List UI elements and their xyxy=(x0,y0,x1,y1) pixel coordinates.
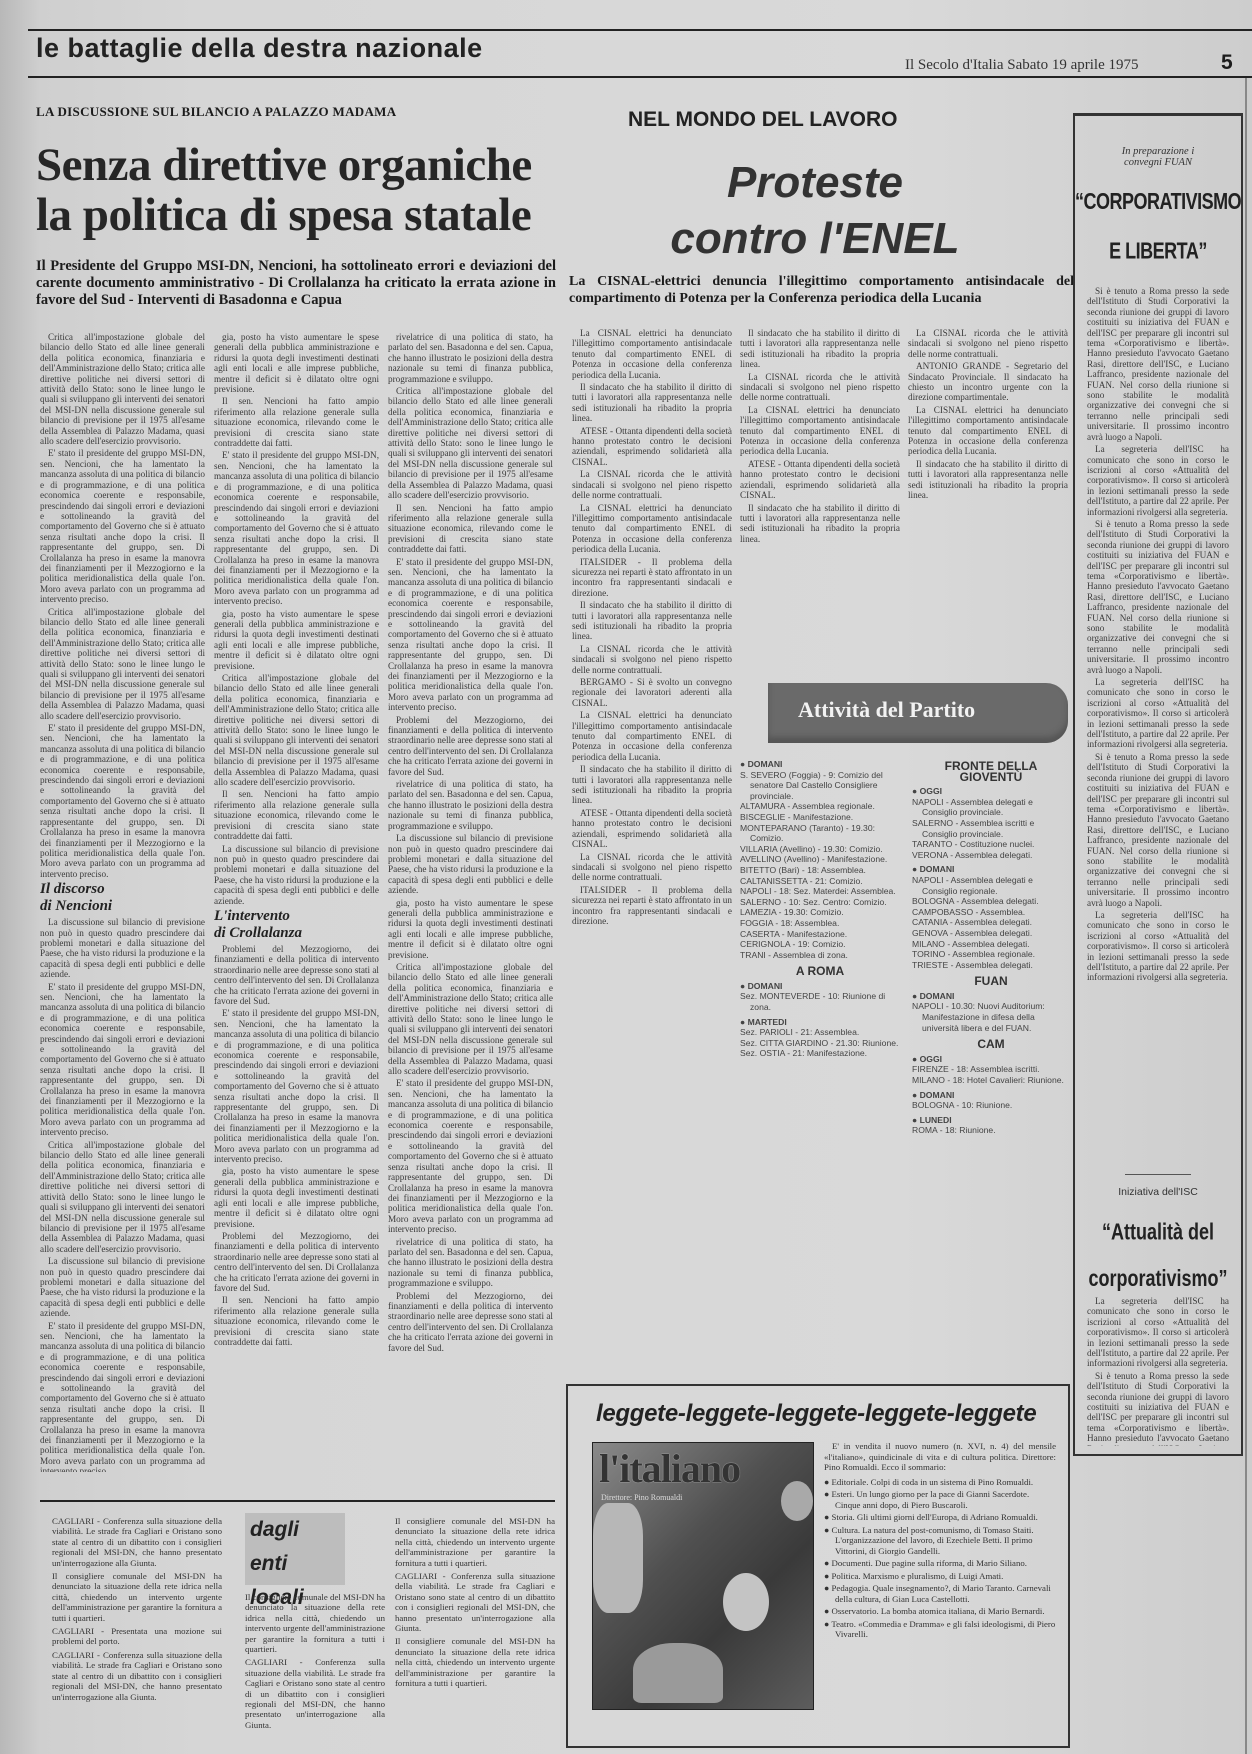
paragraph: ANTONIO GRANDE - Segretario del Sindacat… xyxy=(908,361,1068,403)
partito-day-label: LUNEDI xyxy=(912,1115,1070,1126)
partito-event-item: BITETTO (Bari) - 18: Assemblea. xyxy=(740,865,900,876)
partito-event-item: MONTEPARANO (Taranto) - 19.30: Comizio. xyxy=(740,823,900,844)
magazine-contents-item: Editoriale. Colpi di coda in un sistema … xyxy=(824,1477,1056,1488)
magazine-contents-item: Esteri. Un lungo giorno per la pace di G… xyxy=(824,1489,1056,1510)
magazine-contents-item: Documenti. Due pagine sulla riforma, di … xyxy=(824,1558,1056,1569)
partito-day-label: DOMANI xyxy=(912,991,1070,1002)
paragraph: gia, posto ha visto aumentare le spese g… xyxy=(388,898,553,960)
partito-event-item: NAPOLI - Assemblea delegati e Consiglio … xyxy=(912,875,1070,896)
partito-day-label: OGGI xyxy=(912,786,1070,797)
bottom-section-rule xyxy=(40,1500,555,1502)
enti-left-column: CAGLIARI - Conferenza sulla situazione d… xyxy=(52,1516,222,1746)
paragraph: E' stato il presidente del gruppo MSI-DN… xyxy=(40,1321,205,1472)
paragraph: rivelatrice di una politica di stato, ha… xyxy=(388,332,553,384)
paragraph: Il sen. Nencioni ha fatto ampio riferime… xyxy=(214,1295,379,1347)
enel-column-3: La CISNAL ricorda che le attività sindac… xyxy=(908,328,1068,668)
headline-line-2: la politica di spesa statale xyxy=(36,190,532,240)
article-kicker: LA DISCUSSIONE SUL BILANCIO A PALAZZO MA… xyxy=(36,104,396,120)
partito-event-item: FOGGIA - 18: Assemblea. xyxy=(740,918,900,929)
partito-event-item: CALTANISSETTA - 21: Comizio. xyxy=(740,876,900,887)
paragraph: Critica all'impostazione globale del bil… xyxy=(40,607,205,721)
paragraph: Il sen. Nencioni ha fatto ampio riferime… xyxy=(214,396,379,448)
newspaper-page: le battaglie della destra nazionale Il S… xyxy=(0,0,1252,1754)
enel-column-2: Il sindacato che ha stabilito il diritto… xyxy=(740,328,900,668)
paragraph: La CISNAL elettrici ha denunciato l'ille… xyxy=(740,405,900,457)
paragraph: La CISNAL elettrici ha denunciato l'ille… xyxy=(908,405,1068,457)
paragraph: La discussione sul bilancio di prevision… xyxy=(388,833,553,895)
enti-center-column: Il consigliere comunale del MSI-DN ha de… xyxy=(245,1592,385,1742)
paragraph: ATESE - Ottanta dipendenti della società… xyxy=(572,808,732,850)
paragraph: Problemi del Mezzogiorno, dei finanziame… xyxy=(388,715,553,777)
article-headline: Senza direttive organiche la politica di… xyxy=(36,140,532,240)
paragraph: Il sindacato che ha stabilito il diritto… xyxy=(572,600,732,642)
partito-group-heading: FRONTE DELLA GIOVENTÙ xyxy=(912,761,1070,782)
partito-event-item: TRIESTE - Assemblea delegati. xyxy=(912,960,1070,971)
enti-right-column: Il consigliere comunale del MSI-DN ha de… xyxy=(395,1516,555,1746)
paragraph: ATESE - Ottanta dipendenti della società… xyxy=(740,459,900,501)
paragraph: gia, posto ha visto aumentare le spese g… xyxy=(214,1166,379,1228)
paragraph: ITALSIDER - Il problema della sicurezza … xyxy=(572,557,732,599)
leggete-banner: leggete-leggete-leggete-leggete-leggete xyxy=(596,1400,1036,1428)
sidebar-body-fuan: Si è tenuto a Roma presso la sede dell'I… xyxy=(1087,286,1229,1146)
sidebar-kicker-fuan: In preparazione i convegni FUAN xyxy=(1075,146,1241,168)
partito-event-item: S. SEVERO (Foggia) - 9: Comizio del sena… xyxy=(740,770,900,802)
partito-event-item: TRANI - Assemblea di zona. xyxy=(740,950,900,961)
bilancio-column-2: gia, posto ha visto aumentare le spese g… xyxy=(214,332,379,1472)
sidebar-divider xyxy=(1125,1174,1191,1175)
paragraph: ITALSIDER - Il problema della sicurezza … xyxy=(572,885,732,927)
masthead-date: Il Secolo d'Italia Sabato 19 aprile 1975 xyxy=(905,57,1138,74)
partito-group-heading: A ROMA xyxy=(740,966,900,977)
paragraph: rivelatrice di una politica di stato, ha… xyxy=(388,1237,553,1289)
partito-event-item: VILLARIA (Avellino) - 19.30: Comizio. xyxy=(740,844,900,855)
partito-event-item: Sez. MONTEVERDE - 10: Riunione di zona. xyxy=(740,991,900,1012)
paragraph: Il sindacato che ha stabilito il diritto… xyxy=(740,503,900,545)
paragraph: E' stato il presidente del gruppo MSI-DN… xyxy=(388,557,553,713)
enel-headline-line-1: Proteste xyxy=(650,155,980,211)
partito-event-item: NAPOLI - Assemblea delegati e Consiglio … xyxy=(912,797,1070,818)
magazine-intro: E' in vendita il nuovo numero (n. XVI, n… xyxy=(824,1441,1056,1473)
paragraph: La CISNAL ricorda che le attività sindac… xyxy=(740,372,900,403)
cover-photo-figure xyxy=(593,1503,643,1613)
section-title: le battaglie della destra nazionale xyxy=(36,33,483,64)
paragraph: La CISNAL ricorda che le attività sindac… xyxy=(572,644,732,675)
partito-group-heading: FUAN xyxy=(912,976,1070,987)
paragraph: La CISNAL ricorda che le attività sindac… xyxy=(572,469,732,500)
enel-column-1: La CISNAL elettrici ha denunciato l'ille… xyxy=(572,328,732,1368)
right-edge-rule xyxy=(1245,78,1247,1754)
magazine-contents-item: Pedagogia. Quale insegnamento?, di Mario… xyxy=(824,1583,1056,1604)
paragraph: Critica all'impostazione globale del bil… xyxy=(388,962,553,1076)
enel-deck: La CISNAL-elettrici denuncia l'illegitti… xyxy=(569,273,1074,307)
partito-event-item: GENOVA - Assemblea delegati. xyxy=(912,928,1070,939)
paragraph: Il sindacato che ha stabilito il diritto… xyxy=(740,328,900,370)
partito-day-label: DOMANI xyxy=(912,1090,1070,1101)
partito-event-item: MILANO - 18: Hotel Cavalieri: Riunione. xyxy=(912,1075,1070,1086)
paragraph: gia, posto ha visto aumentare le spese g… xyxy=(214,332,379,394)
paragraph: La CISNAL ricorda che le attività sindac… xyxy=(572,852,732,883)
partito-day-label: DOMANI xyxy=(912,864,1070,875)
enel-kicker: NEL MONDO DEL LAVORO xyxy=(628,108,898,132)
paragraph: BERGAMO - Si è svolto un convegno region… xyxy=(572,677,732,708)
partito-event-item: ROMA - 18: Riunione. xyxy=(912,1125,1070,1136)
sidebar-body-isc: La segreteria dell'ISC ha comunicato che… xyxy=(1087,1296,1229,1446)
paragraph: La discussione sul bilancio di prevision… xyxy=(40,917,205,979)
magazine-cover-subtitle: Direttore: Pino Romualdi xyxy=(601,1493,682,1502)
partito-event-item: CERIGNOLA - 19: Comizio. xyxy=(740,939,900,950)
partito-event-item: CAMPOBASSO - Assemblea. xyxy=(912,907,1070,918)
paragraph: E' stato il presidente del gruppo MSI-DN… xyxy=(40,723,205,879)
partito-day-label: MARTEDI xyxy=(740,1017,900,1028)
paragraph: Problemi del Mezzogiorno, dei finanziame… xyxy=(214,1231,379,1293)
paragraph: Il sindacato che ha stabilito il diritto… xyxy=(572,764,732,806)
paragraph: La CISNAL ricorda che le attività sindac… xyxy=(908,328,1068,359)
partito-day-label: DOMANI xyxy=(740,981,900,992)
partito-group-heading: CAM xyxy=(912,1039,1070,1050)
bilancio-column-3: rivelatrice di una politica di stato, ha… xyxy=(388,332,553,1472)
article-deck: Il Presidente del Gruppo MSI-DN, Nencion… xyxy=(36,258,556,309)
magazine-contents-item: Politica. Marxismo e pluralismo, di Luig… xyxy=(824,1571,1056,1582)
paragraph: Il sen. Nencioni ha fatto ampio riferime… xyxy=(214,789,379,841)
partito-event-item: BISCEGLIE - Manifestazione. xyxy=(740,812,900,823)
header-rule-bottom xyxy=(28,76,1252,78)
paragraph: Problemi del Mezzogiorno, dei finanziame… xyxy=(214,944,379,1006)
magazine-contents-item: Storia. Gli ultimi giorni dell'Europa, d… xyxy=(824,1512,1056,1523)
partito-event-item: CATANIA - Assemblea delegati. xyxy=(912,917,1070,928)
enti-locali-title: dagli enti locali xyxy=(245,1513,345,1585)
leggete-advert-box: leggete-leggete-leggete-leggete-leggete … xyxy=(566,1384,1070,1748)
paragraph: E' stato il presidente del gruppo MSI-DN… xyxy=(214,450,379,606)
partito-event-item: SALERNO - 10: Sez. Centro: Comizio. xyxy=(740,897,900,908)
partito-event-item: NAPOLI - 18: Sez. Materdei: Assemblea. xyxy=(740,886,900,897)
partito-event-item: TORINO - Assemblea regionale. xyxy=(912,949,1070,960)
partito-day-label: OGGI xyxy=(912,1054,1070,1065)
paragraph: E' stato il presidente del gruppo MSI-DN… xyxy=(40,982,205,1138)
paragraph: rivelatrice di una politica di stato, ha… xyxy=(388,779,553,831)
magazine-contents-list: E' in vendita il nuovo numero (n. XVI, n… xyxy=(824,1441,1056,1642)
paragraph: Critica all'impostazione globale del bil… xyxy=(40,1140,205,1254)
page-number: 5 xyxy=(1221,51,1233,75)
sidebar-box-fuan: In preparazione i convegni FUAN “CORPORA… xyxy=(1073,113,1243,1456)
subhead-crollalanza: L'intervento di Crollalanza xyxy=(214,908,379,942)
cover-photo-figure xyxy=(723,1573,769,1631)
cover-photo-figure xyxy=(633,1643,723,1703)
partito-event-item: ALTAMURA - Assemblea regionale. xyxy=(740,801,900,812)
magazine-cover-title: l'italiano xyxy=(599,1445,740,1492)
paragraph: Problemi del Mezzogiorno, dei finanziame… xyxy=(388,1291,553,1353)
partito-event-item: Sez. PARIOLI - 21: Assemblea. xyxy=(740,1027,900,1038)
partito-event-item: MILANO - Assemblea delegati. xyxy=(912,939,1070,950)
magazine-contents-item: Osservatorio. La bomba atomica italiana,… xyxy=(824,1606,1056,1617)
partito-event-item: LAMEZIA - 19.30: Comizio. xyxy=(740,907,900,918)
magazine-contents-item: Cultura. La natura del post-comunismo, d… xyxy=(824,1525,1056,1557)
partito-event-item: BOLOGNA - 10: Riunione. xyxy=(912,1100,1070,1111)
partito-column-2: FRONTE DELLA GIOVENTÙOGGINAPOLI - Assemb… xyxy=(912,755,1070,1370)
headline-line-1: Senza direttive organiche xyxy=(36,140,532,190)
paragraph: La CISNAL elettrici ha denunciato l'ille… xyxy=(572,328,732,380)
subhead-nencioni: Il discorso di Nencioni xyxy=(40,881,205,915)
header-rule-top xyxy=(28,29,1252,31)
paragraph: Critica all'impostazione globale del bil… xyxy=(40,332,205,446)
paragraph: Critica all'impostazione globale del bil… xyxy=(214,673,379,787)
paragraph: Critica all'impostazione globale del bil… xyxy=(388,386,553,500)
paragraph: E' stato il presidente del gruppo MSI-DN… xyxy=(214,1008,379,1164)
partito-event-item: VERONA - Assemblea delegati. xyxy=(912,850,1070,861)
paragraph: E' stato il presidente del gruppo MSI-DN… xyxy=(40,448,205,604)
partito-column-1: DOMANIS. SEVERO (Foggia) - 9: Comizio de… xyxy=(740,755,900,1370)
paragraph: Il sindacato che ha stabilito il diritto… xyxy=(908,459,1068,501)
partito-day-label: DOMANI xyxy=(740,759,900,770)
enel-headline: Proteste contro l'ENEL xyxy=(650,155,980,267)
partito-event-item: SALERNO - Assemblea iscritti e Consiglio… xyxy=(912,818,1070,839)
paragraph: Il sindacato che ha stabilito il diritto… xyxy=(572,382,732,424)
partito-event-item: NAPOLI - 10.30: Nuovi Auditorium: Manife… xyxy=(912,1001,1070,1033)
partito-event-item: AVELLINO (Avellino) - Manifestazione. xyxy=(740,854,900,865)
paragraph: E' stato il presidente del gruppo MSI-DN… xyxy=(388,1078,553,1234)
bilancio-column-1: Critica all'impostazione globale del bil… xyxy=(40,332,205,1472)
magazine-cover-image: l'italiano Direttore: Pino Romualdi xyxy=(592,1442,814,1710)
paragraph: La CISNAL elettrici ha denunciato l'ille… xyxy=(572,710,732,762)
partito-event-item: Sez. OSTIA - 21: Manifestazione. xyxy=(740,1048,900,1059)
paragraph: Il sen. Nencioni ha fatto ampio riferime… xyxy=(388,503,553,555)
partito-event-item: FIRENZE - 18: Assemblea iscritti. xyxy=(912,1064,1070,1075)
paragraph: La discussione sul bilancio di prevision… xyxy=(40,1256,205,1318)
partito-event-item: BOLOGNA - Assemblea delegati. xyxy=(912,896,1070,907)
partito-banner: Attività del Partito xyxy=(768,683,1068,743)
partito-event-item: TARANTO - Costituzione nuclei. xyxy=(912,839,1070,850)
magazine-contents-item: Teatro. «Commedia e Dramma» e gli falsi … xyxy=(824,1619,1056,1640)
enel-headline-line-2: contro l'ENEL xyxy=(650,211,980,267)
cover-photo-figure xyxy=(781,1481,813,1521)
sidebar-title-attualita: “Attualità del corporativismo” xyxy=(1075,1217,1241,1292)
paragraph: ATESE - Ottanta dipendenti della società… xyxy=(572,426,732,468)
partito-banner-title: Attività del Partito xyxy=(798,697,975,723)
sidebar-kicker-isc: Iniziativa dell'ISC xyxy=(1075,1186,1241,1198)
paragraph: La CISNAL elettrici ha denunciato l'ille… xyxy=(572,503,732,555)
paragraph: La discussione sul bilancio di prevision… xyxy=(214,844,379,906)
sidebar-title-corporativismo: “CORPORATIVISMO E LIBERTA” xyxy=(1075,182,1241,270)
partito-event-item: CASERTA - Manifestazione. xyxy=(740,929,900,940)
paragraph: gia, posto ha visto aumentare le spese g… xyxy=(214,609,379,671)
partito-event-item: Sez. CITTA GIARDINO - 21.30: Riunione. xyxy=(740,1038,900,1049)
